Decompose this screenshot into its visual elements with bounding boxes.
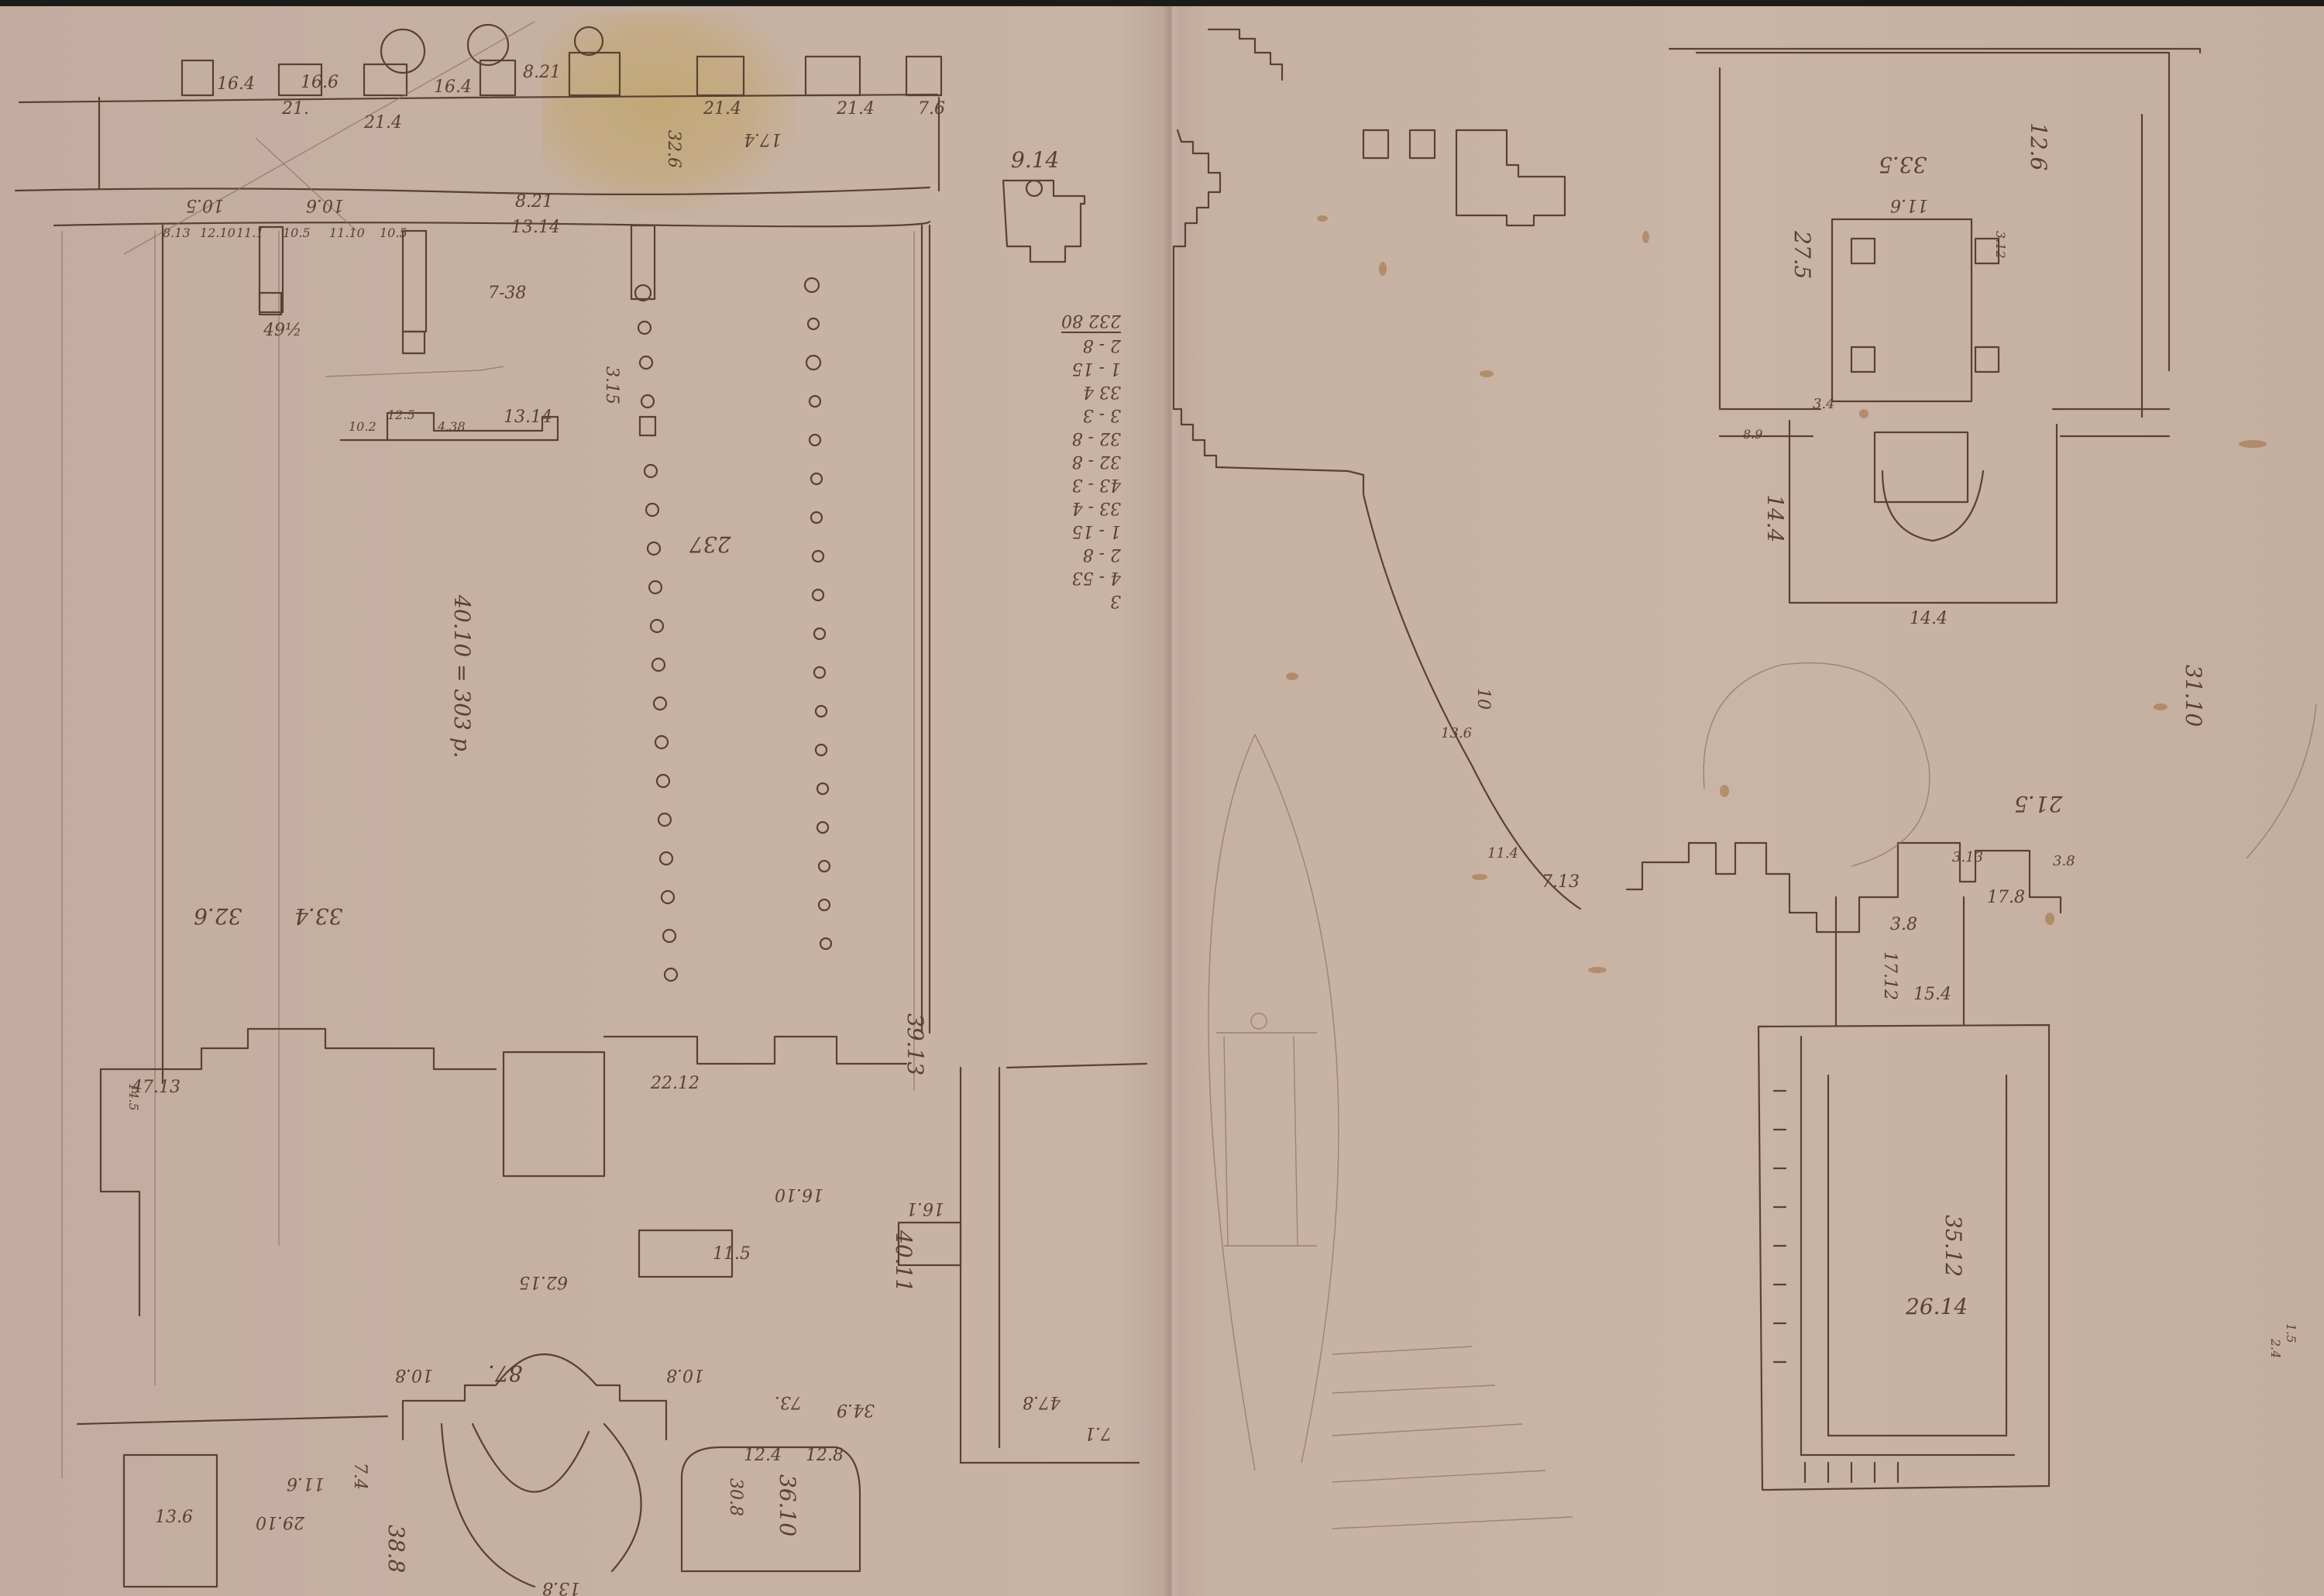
dim-label: 39.13 [904, 1013, 926, 1075]
dim-label: 14.5 [127, 1083, 139, 1111]
dim-label: 10.5 [380, 227, 407, 239]
tally-column: 3 4 - 53 2 - 8 1 - 15 33 - 4 43 - 3 32 -… [1061, 308, 1121, 612]
tally-row: 4 - 53 [1061, 566, 1121, 589]
dim-label: 36.10 [776, 1474, 798, 1536]
dim-label: 13.6 [155, 1509, 193, 1526]
dim-label: 7.13 [1542, 874, 1580, 891]
dim-label: 3.13 [1952, 851, 1983, 865]
tally-row: 1 - 15 [1061, 519, 1121, 542]
dim-label: 32.6 [194, 905, 242, 927]
dim-label: 33.4 [294, 905, 342, 927]
dim-label: 7-38 [488, 285, 526, 302]
dim-label: 17.4 [744, 130, 782, 147]
apse-label: 87. [488, 1362, 523, 1384]
dim-label: 21.4 [837, 101, 875, 118]
dim-label: 13.6 [1441, 727, 1472, 741]
dim-label: 8.9 [1743, 428, 1762, 441]
dim-label: 17.8 [1987, 889, 2025, 906]
dim-label: 11.6 [1890, 196, 1928, 213]
tally-row: 2 - 8 [1061, 333, 1121, 356]
tally-row: 32 - 8 [1061, 449, 1121, 473]
dim-label: 14.4 [1910, 611, 1948, 628]
dim-label: 7.6 [918, 101, 945, 118]
tally-row: 43 - 3 [1061, 473, 1121, 496]
dim-label: 21. [282, 101, 309, 118]
dim-label: 8.21 [515, 194, 553, 211]
dim-label: 31.10 [2182, 665, 2204, 727]
dim-label: 8.13 [163, 227, 191, 239]
dim-label: 3.8 [1890, 917, 1917, 934]
tally-row: 3 - 3 [1061, 403, 1121, 426]
tick-marks [1774, 1091, 1898, 1482]
tally-header: 232 80 [1061, 308, 1121, 333]
dim-label: 3.4 [1813, 397, 1835, 411]
dim-label: 13.8 [542, 1579, 580, 1596]
dim-label: 7.1 [1085, 1424, 1112, 1441]
dim-label: 16.4 [217, 76, 255, 93]
dim-label: 30.8 [727, 1478, 744, 1516]
margin-note: 2.4 [2269, 1339, 2281, 1358]
tally-row: 32 - 8 [1061, 426, 1121, 449]
dim-label: 16.10 [775, 1185, 823, 1202]
tally-row: 33 - 4 [1061, 496, 1121, 519]
dim-label: 12.5 [387, 409, 415, 421]
dim-label: 17.12 [1881, 951, 1898, 1000]
dim-label: 14.4 [1764, 494, 1786, 542]
dim-label: 4.38 [438, 421, 466, 433]
dim-label: 8.21 [523, 64, 561, 81]
tally-row: 1 - 15 [1061, 356, 1121, 380]
dim-label: 10 [1474, 688, 1491, 710]
dim-label: 3.8 [2053, 855, 2075, 869]
dim-label: 10.5 [186, 196, 224, 213]
dim-label: 21.5 [2014, 793, 2062, 814]
dim-label: 21.4 [364, 115, 402, 132]
dim-label: 11.4 [1487, 847, 1518, 861]
dim-label: 9.14 [1011, 150, 1059, 171]
dim-label: 38.8 [385, 1525, 407, 1573]
dim-label: 35.12 [1942, 1215, 1964, 1277]
dim-label: 11.10 [329, 227, 365, 239]
dim-label: 10.6 [306, 196, 344, 213]
margin-note: 1.5 [2284, 1323, 2297, 1343]
sketchbook-spread: 16.4 16.6 16.4 21. 21.4 8.21 21.4 21.4 7… [0, 6, 2324, 1596]
dim-label: 12.10 [200, 227, 235, 239]
nave-total-label: 40.10 = 303 p. [451, 595, 473, 758]
dim-label: 16.1 [906, 1199, 944, 1216]
dim-label: 40.11 [892, 1230, 914, 1292]
tally-row: 33 4 [1061, 380, 1121, 403]
dim-label: 15.4 [1913, 986, 1951, 1003]
dim-label: 26.14 [1906, 1296, 1968, 1318]
right-plan [1174, 29, 2316, 1529]
dim-label: 16.4 [434, 79, 472, 96]
dim-label: 29.10 [256, 1513, 304, 1530]
dim-label: 47.8 [1023, 1393, 1061, 1410]
dim-label: 33.5 [1879, 153, 1927, 175]
dim-label: 7.4 [351, 1463, 368, 1490]
dim-label: 3.12 [1994, 231, 2006, 259]
dim-label: 11.1 [236, 227, 264, 239]
dim-label: 11.6 [287, 1474, 325, 1491]
dim-label: 10.5 [283, 227, 311, 239]
dim-label: 12.6 [2027, 122, 2049, 170]
tally-footer: 3 [1061, 589, 1121, 612]
nave-length-label: 237 [689, 533, 731, 555]
dim-label: 62.15 [519, 1273, 568, 1290]
dim-label: 3.15 [603, 366, 620, 404]
dim-label: 12.4 [744, 1447, 782, 1464]
dim-label: 16.6 [301, 74, 339, 91]
dim-label: 11.5 [713, 1246, 751, 1263]
dim-label: 10.8 [395, 1366, 433, 1383]
dim-label: 12.8 [806, 1447, 844, 1464]
left-page: 16.4 16.6 16.4 21. 21.4 8.21 21.4 21.4 7… [0, 6, 1170, 1596]
tally-row: 2 - 8 [1061, 542, 1121, 566]
dim-label: 10.8 [666, 1366, 704, 1383]
dim-label: 73. [775, 1393, 802, 1410]
dim-label: 32.6 [665, 130, 682, 168]
dim-label: 10.2 [349, 421, 376, 433]
dim-label: 21.4 [703, 101, 741, 118]
dim-label: 27.5 [1791, 231, 1813, 279]
dim-label: 49½ [263, 322, 301, 339]
dim-label: 13.14 [504, 409, 552, 426]
dim-label: 22.12 [651, 1075, 700, 1092]
dim-label: 13.14 [511, 219, 560, 236]
dim-label: 34.9 [837, 1401, 875, 1418]
